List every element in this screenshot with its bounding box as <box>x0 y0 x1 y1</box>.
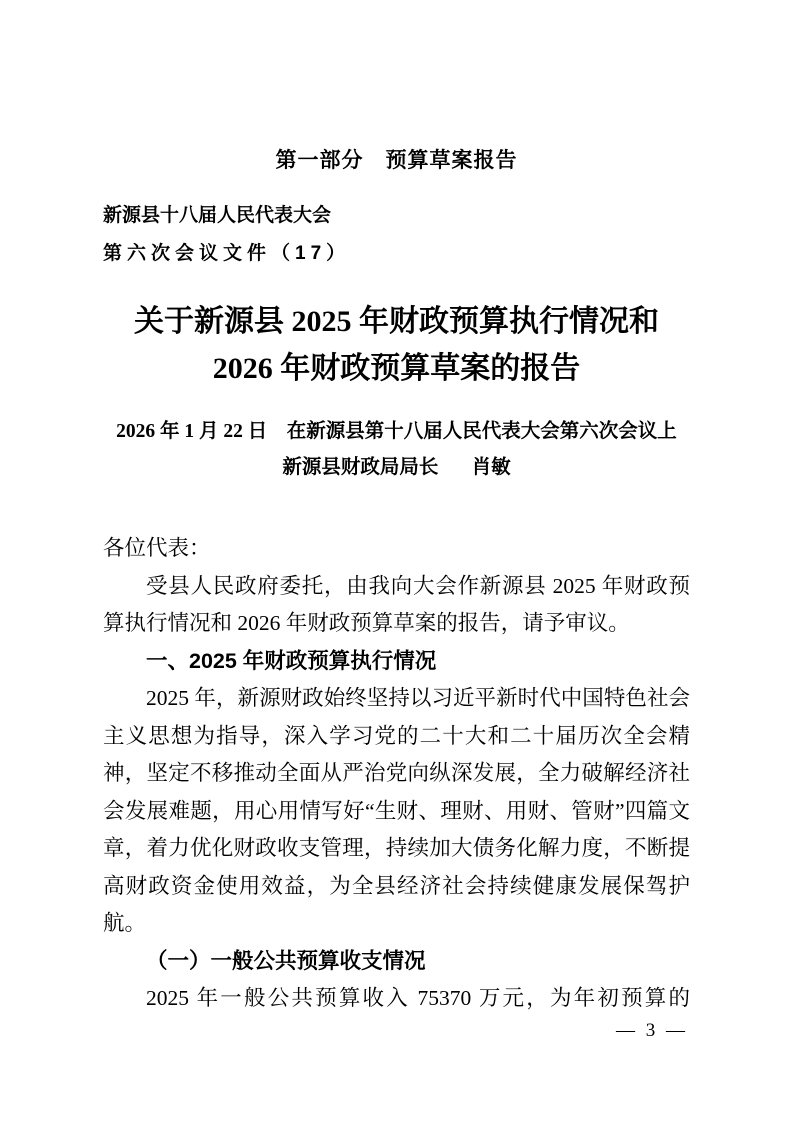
salutation: 各位代表： <box>103 530 690 568</box>
meeting-document-line: 第六次会议文件（17） <box>103 235 690 273</box>
report-title-line-2: 2026 年财政预算草案的报告 <box>103 345 690 392</box>
speaker-title: 新源县财政局局长 <box>282 457 438 478</box>
meeting-info-line: 2026 年 1 月 22 日 在新源县第十八届人民代表大会第六次会议上 <box>103 414 690 450</box>
speaker-line: 新源县财政局局长肖敏 <box>103 450 690 486</box>
paragraph-overview: 2025 年，新源财政始终坚持以习近平新时代中国特色社会主义思想为指导，深入学习… <box>103 680 690 943</box>
report-title-line-1: 关于新源县 2025 年财政预算执行情况和 <box>103 298 690 345</box>
document-page: 第一部分 预算草案报告 新源县十八届人民代表大会 第六次会议文件（17） 关于新… <box>0 0 793 1122</box>
org-name-line: 新源县十八届人民代表大会 <box>103 197 690 235</box>
org-block: 新源县十八届人民代表大会 第六次会议文件（17） <box>103 197 690 273</box>
report-title: 关于新源县 2025 年财政预算执行情况和 2026 年财政预算草案的报告 <box>103 298 690 392</box>
speaker-name: 肖敏 <box>472 457 511 478</box>
page-number: — 3 — <box>616 1020 688 1042</box>
part-heading: 第一部分 预算草案报告 <box>103 148 690 174</box>
document-body: 各位代表： 受县人民政府委托，由我向大会作新源县 2025 年财政预算执行情况和… <box>103 530 690 1018</box>
paragraph-intro: 受县人民政府委托，由我向大会作新源县 2025 年财政预算执行情况和 2026 … <box>103 568 690 643</box>
subtitle-block: 2026 年 1 月 22 日 在新源县第十八届人民代表大会第六次会议上 新源县… <box>103 414 690 486</box>
section-heading-budget-execution: 一、2025 年财政预算执行情况 <box>103 643 690 681</box>
subsection-heading-general-budget: （一）一般公共预算收支情况 <box>103 943 690 981</box>
paragraph-revenue: 2025 年一般公共预算收入 75370 万元，为年初预算的 <box>103 980 690 1018</box>
